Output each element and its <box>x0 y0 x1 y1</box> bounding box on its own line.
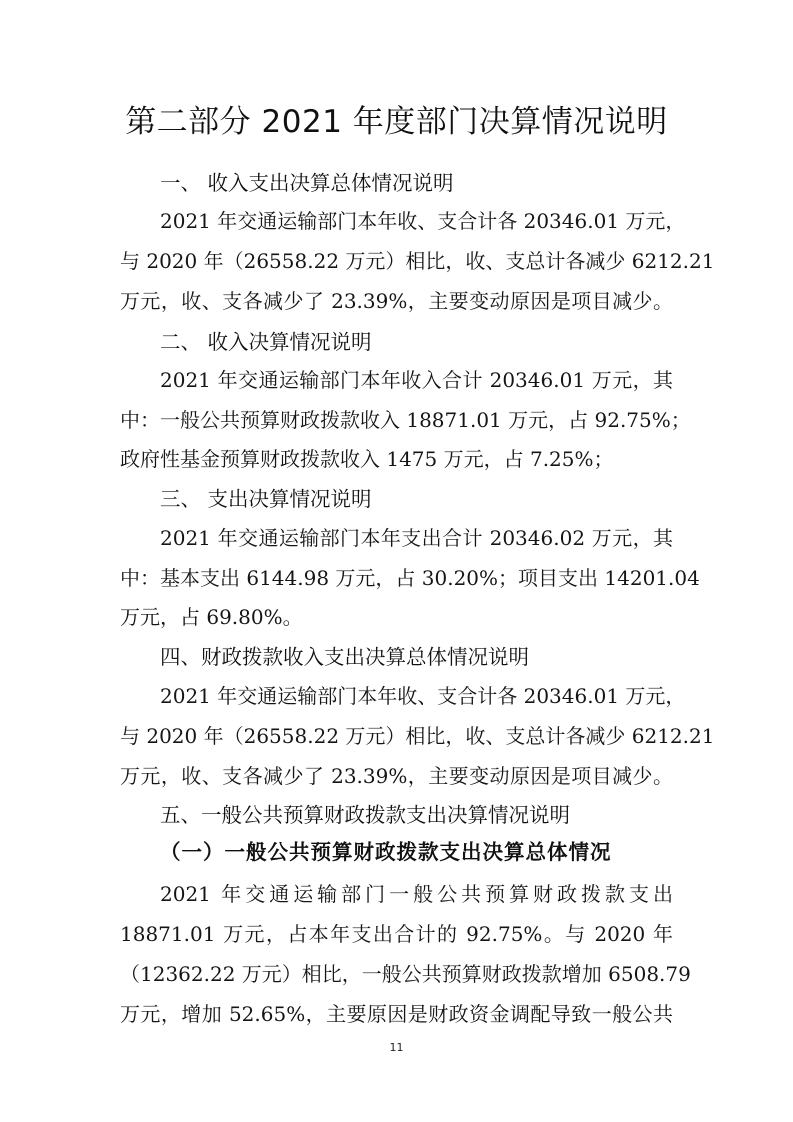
paragraph-line: 中：一般公共预算财政拨款收入 18871.01 万元，占 92.75%； <box>120 404 673 433</box>
paragraph-line: 2021 年交通运输部门一般公共预算财政拨款支出 <box>160 878 673 907</box>
section-heading-2: 二、 收入决算情况说明 <box>160 325 372 355</box>
page-title: 第二部分 2021 年度部门决算情况说明 <box>0 96 793 141</box>
paragraph-line: 万元，占 69.80%。 <box>120 601 673 630</box>
paragraph-line: 万元，收、支各减少了 23.39%，主要变动原因是项目减少。 <box>120 760 673 789</box>
section-heading-1: 一、 收入支出决算总体情况说明 <box>160 166 454 196</box>
section-heading-4: 四、财政拨款收入支出决算总体情况说明 <box>160 640 529 670</box>
paragraph-line: 与 2020 年（26558.22 万元）相比，收、支总计各减少 6212.21 <box>120 245 673 274</box>
paragraph-line: 18871.01 万元，占本年支出合计的 92.75%。与 2020 年 <box>120 918 673 947</box>
paragraph-line: 万元，增加 52.65%，主要原因是财政资金调配导致一般公共 <box>120 998 673 1027</box>
paragraph-line: 2021 年交通运输部门本年收、支合计各 20346.01 万元， <box>160 680 673 709</box>
paragraph-line: 2021 年交通运输部门本年收、支合计各 20346.01 万元， <box>160 205 673 234</box>
paragraph-line: 万元，收、支各减少了 23.39%，主要变动原因是项目减少。 <box>120 285 673 314</box>
subsection-heading: （一）一般公共预算财政拨款支出决算总体情况 <box>160 835 612 865</box>
section-heading-5: 五、一般公共预算财政拨款支出决算情况说明 <box>160 798 570 828</box>
paragraph-line: （12362.22 万元）相比，一般公共预算财政拨款增加 6508.79 <box>120 958 673 987</box>
section-heading-3: 三、 支出决算情况说明 <box>160 482 372 512</box>
paragraph-line: 2021 年交通运输部门本年支出合计 20346.02 万元，其 <box>160 522 673 551</box>
document-page: 第二部分 2021 年度部门决算情况说明 一、 收入支出决算总体情况说明 202… <box>0 0 793 1122</box>
paragraph-line: 2021 年交通运输部门本年收入合计 20346.01 万元，其 <box>160 364 673 393</box>
paragraph-line: 政府性基金预算财政拨款收入 1475 万元，占 7.25%； <box>120 443 673 472</box>
paragraph-line: 中：基本支出 6144.98 万元，占 30.20%；项目支出 14201.04 <box>120 562 673 591</box>
paragraph-line: 与 2020 年（26558.22 万元）相比，收、支总计各减少 6212.21 <box>120 720 673 749</box>
page-number: 11 <box>0 1041 793 1054</box>
